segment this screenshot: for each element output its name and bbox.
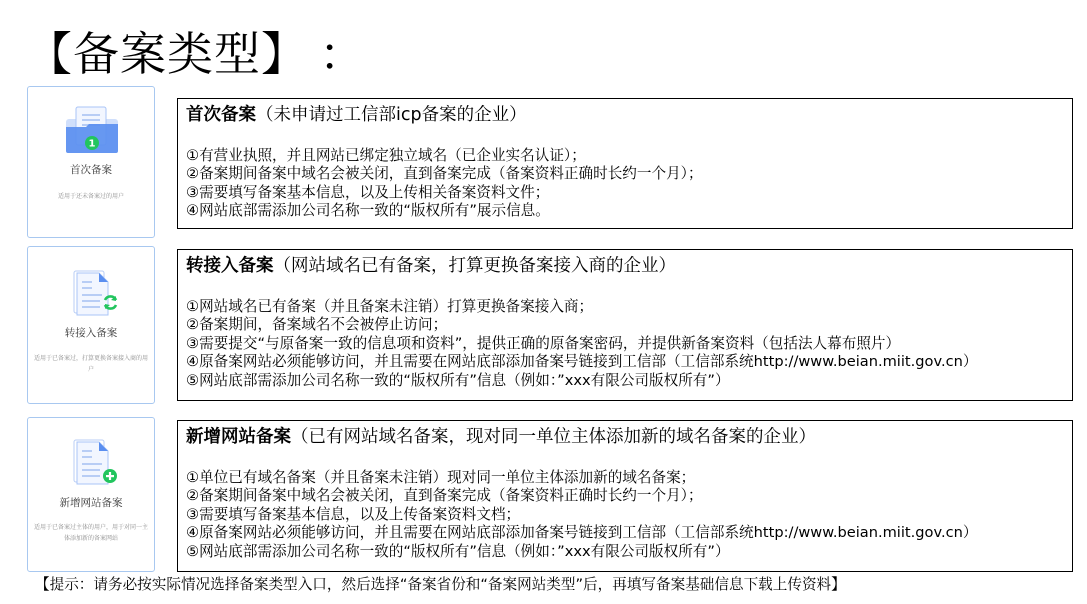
page-title: 【备案类型】： [26,24,366,84]
card-title: 转接入备案 [28,325,154,340]
detail-item: ①单位已有域名备案（并且备案未注销）现对同一单位主体添加新的域名备案； [186,469,1072,487]
svg-text:1: 1 [89,139,96,150]
detail-item: ④原备案网站必须能够访问，并且需要在网站底部添加备案号链接到工信部（工信部系统h… [186,353,1072,371]
detail-item: ⑤网站底部需添加公司名称一致的“版权所有”信息（例如：”xxx有限公司版权所有”… [186,372,1072,390]
page-title-text: 【备案类型】 [26,27,285,81]
detail-item: ⑤网站底部需添加公司名称一致的“版权所有”信息（例如：”xxx有限公司版权所有”… [186,543,1072,561]
detail-item: ④网站底部需添加公司名称一致的“版权所有”展示信息。 [186,202,1072,220]
detail-item: ②备案期间备案中域名会被关闭，直到备案完成（备案资料正确时长约一个月）； [186,165,1072,183]
folder-number-one-icon: 1 [62,105,122,157]
document-refresh-icon [62,267,122,319]
detail-heading-sub: （已有网站域名备案，现对同一单位主体添加新的域名备案的企业） [291,427,816,447]
detail-list: ①网站域名已有备案（并且备案未注销）打算更换备案接入商； ②备案期间，备案域名不… [186,298,1072,390]
detail-item: ①网站域名已有备案（并且备案未注销）打算更换备案接入商； [186,298,1072,316]
card-desc: 适用于还未备案过的用户 [32,191,150,202]
detail-transfer-filing: 转接入备案（网站域名已有备案，打算更换备案接入商的企业） ①网站域名已有备案（并… [177,249,1073,401]
detail-heading-sub: （未申请过工信部icp备案的企业） [256,105,527,125]
detail-item: ②备案期间，备案域名不会被停止访问； [186,316,1072,334]
detail-item: ②备案期间备案中域名会被关闭，直到备案完成（备案资料正确时长约一个月）； [186,487,1072,505]
card-transfer-filing[interactable]: 转接入备案 适用于已备案过，打算更换备案接入商的用户 [27,246,155,404]
page-title-colon: ： [319,27,366,81]
detail-item: ①有营业执照，并且网站已绑定独立域名（已企业实名认证）； [186,147,1072,165]
card-title: 新增网站备案 [28,495,154,510]
detail-list: ①有营业执照，并且网站已绑定独立域名（已企业实名认证）； ②备案期间备案中域名会… [186,147,1072,221]
detail-heading-sub: （网站域名已有备案，打算更换备案接入商的企业） [274,256,677,276]
detail-heading-title: 首次备案 [186,105,256,125]
detail-item: ③需要提交“与原备案一致的信息项和资料”，提供正确的原备案密码，并提供新备案资料… [186,335,1072,353]
detail-heading-title: 新增网站备案 [186,427,291,447]
detail-heading: 新增网站备案（已有网站域名备案，现对同一单位主体添加新的域名备案的企业） [186,425,1072,449]
detail-heading-title: 转接入备案 [186,256,274,276]
detail-item: ③需要填写备案基本信息，以及上传相关备案资料文件； [186,184,1072,202]
detail-first-filing: 首次备案（未申请过工信部icp备案的企业） ①有营业执照，并且网站已绑定独立域名… [177,98,1073,229]
card-desc: 适用于已备案过主体的用户，用于对同一主体添加新的备案网站 [32,522,150,544]
document-add-icon [62,436,122,488]
page: 【备案类型】： 1 首次备案 适用于还未备案过的用户 首次备案（未申请过工信部i… [0,0,1087,604]
card-new-site-filing[interactable]: 新增网站备案 适用于已备案过主体的用户，用于对同一主体添加新的备案网站 [27,417,155,572]
detail-heading: 转接入备案（网站域名已有备案，打算更换备案接入商的企业） [186,254,1072,278]
detail-item: ④原备案网站必须能够访问，并且需要在网站底部添加备案号链接到工信部（工信部系统h… [186,524,1072,542]
footer-tip: 【提示：请务必按实际情况选择备案类型入口，然后选择“备案省份和“备案网站类型”后… [35,575,846,595]
card-title: 首次备案 [28,162,154,177]
card-desc: 适用于已备案过，打算更换备案接入商的用户 [32,353,150,375]
detail-heading: 首次备案（未申请过工信部icp备案的企业） [186,103,1072,127]
card-first-filing[interactable]: 1 首次备案 适用于还未备案过的用户 [27,86,155,238]
detail-new-site-filing: 新增网站备案（已有网站域名备案，现对同一单位主体添加新的域名备案的企业） ①单位… [177,420,1073,572]
detail-list: ①单位已有域名备案（并且备案未注销）现对同一单位主体添加新的域名备案； ②备案期… [186,469,1072,561]
detail-item: ③需要填写备案基本信息，以及上传备案资料文档； [186,506,1072,524]
